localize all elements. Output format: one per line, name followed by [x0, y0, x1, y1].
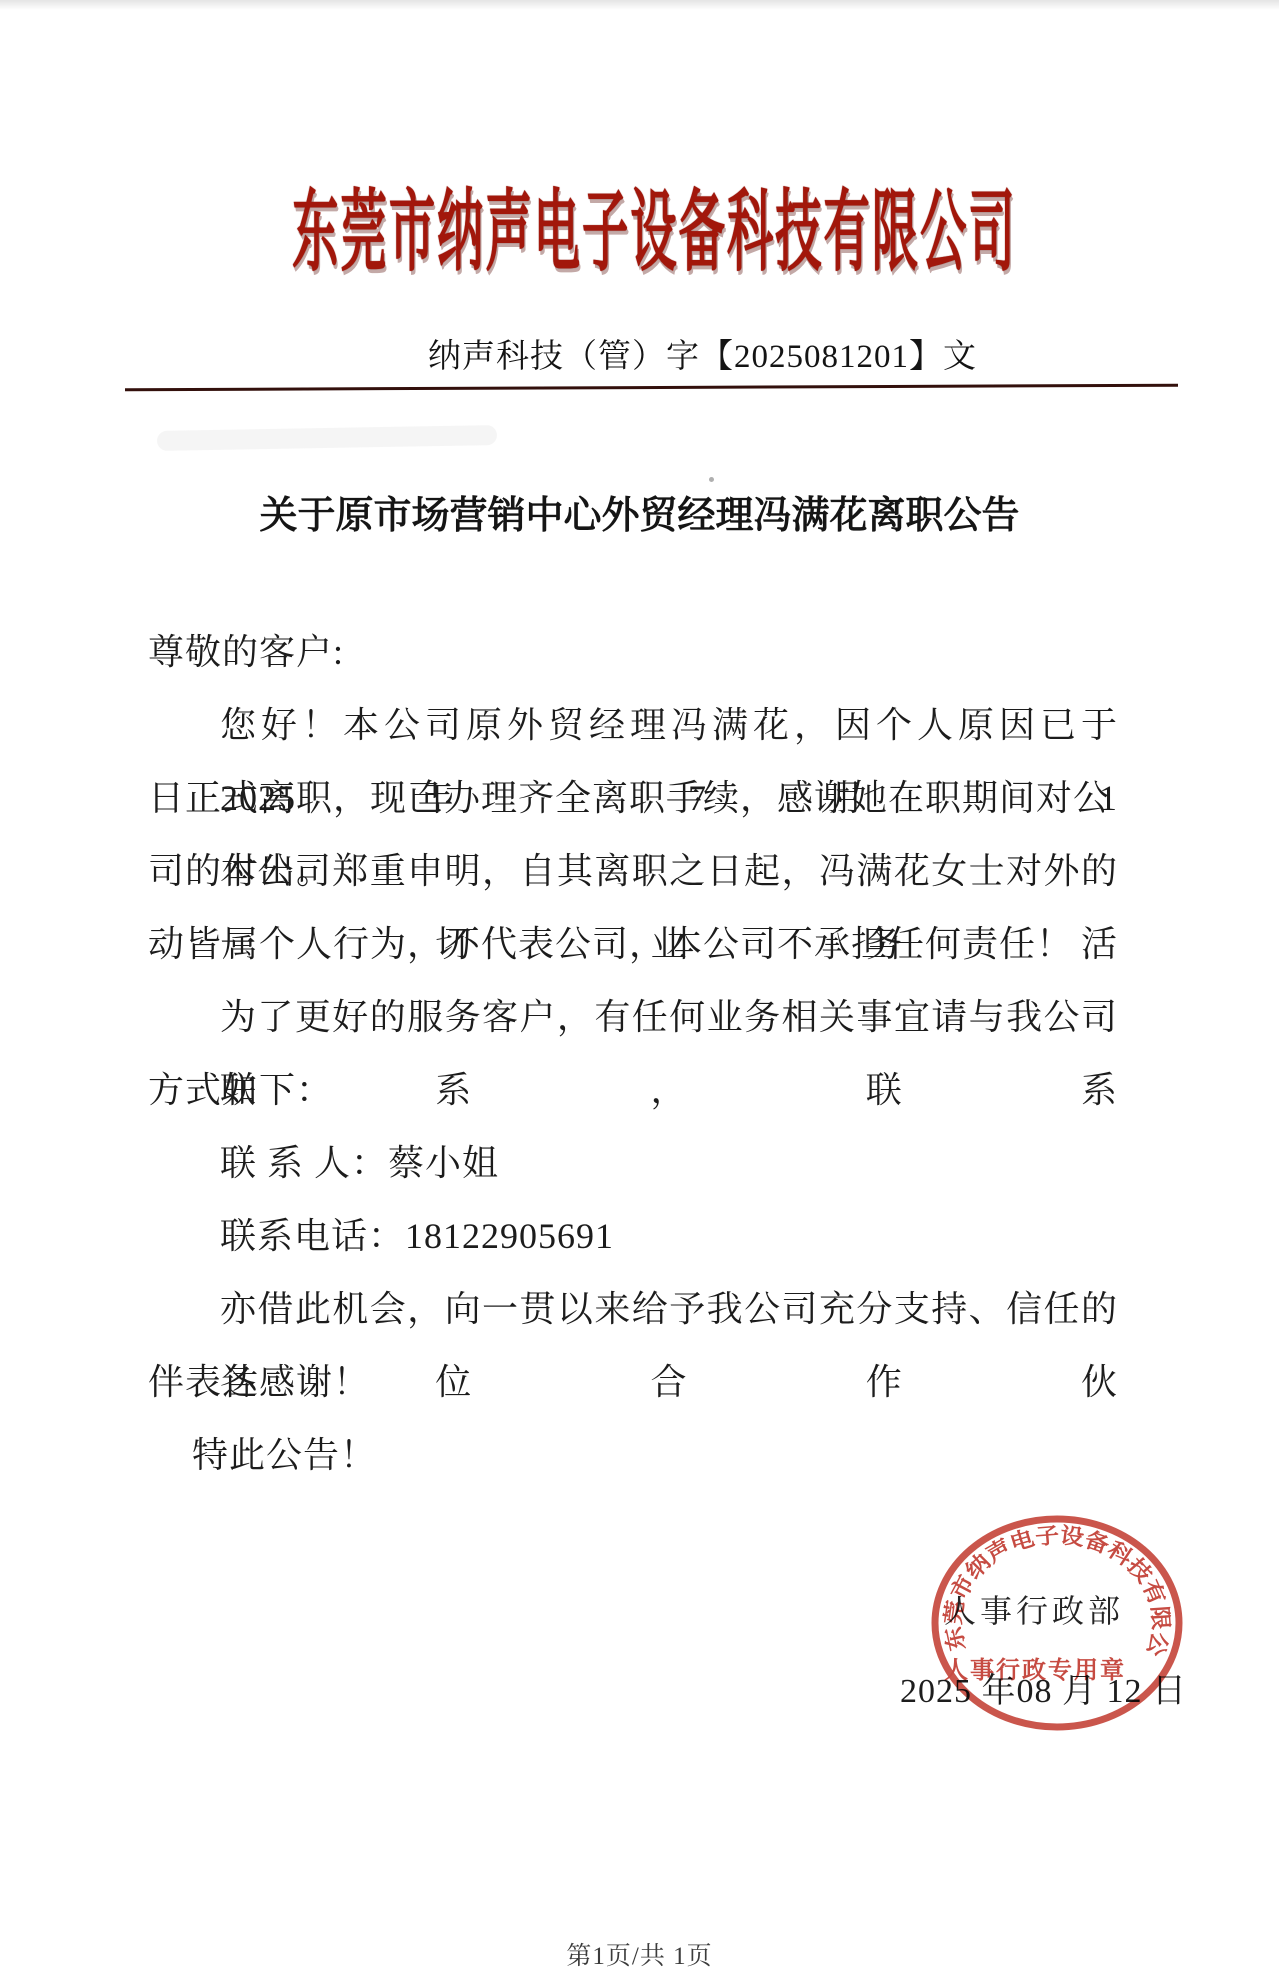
contact-person-line: 联 系 人：蔡小姐	[148, 1127, 1118, 1200]
body-line: 为了更好的服务客户，有任何业务相关事宜请与我公司联系，联系	[148, 981, 1118, 1054]
scan-smudge-artifact	[157, 425, 497, 451]
body-line: 亦借此机会，向一贯以来给予我公司充分支持、信任的各位合作伙	[148, 1273, 1118, 1346]
body-line: 动皆属个人行为，不代表公司，本公司不承担任何责任！	[148, 908, 1118, 981]
announcement-title: 关于原市场营销中心外贸经理冯满花离职公告	[0, 484, 1279, 539]
issue-date: 2025 年08 月 12 日	[900, 1663, 1187, 1712]
doc-number: 纳声科技（管）字【2025081201】文	[0, 330, 1279, 377]
header-divider	[125, 384, 1178, 392]
body-line: 日正式离职，现已办理齐全离职手续，感谢她在职期间对公司的付出。	[148, 762, 1118, 835]
scan-edge-artifact	[0, 0, 1279, 10]
contact-phone-line: 联系电话：18122905691	[148, 1200, 1118, 1273]
announcement-body: 尊敬的客户: 您好！本公司原外贸经理冯满花，因个人原因已于 2025 年 7 月…	[148, 616, 1118, 1492]
closing-line: 特此公告！	[148, 1419, 1118, 1492]
body-line: 本公司郑重申明，自其离职之日起，冯满花女士对外的一切业务活	[148, 835, 1118, 908]
page-number: 第1页/共 1页	[0, 1936, 1279, 1972]
company-title-text: 东莞市纳声电子设备科技有限公司	[292, 160, 1017, 288]
body-line: 您好！本公司原外贸经理冯满花，因个人原因已于 2025 年 7 月 1	[148, 689, 1118, 762]
dot-artifact	[709, 477, 714, 482]
salutation: 尊敬的客户:	[148, 616, 1118, 689]
document-page: { "page": { "background": "#ffffff", "fo…	[0, 0, 1279, 1981]
company-title: 东莞市纳声电子设备科技有限公司	[0, 160, 1279, 255]
department-label: 人事行政部	[944, 1586, 1124, 1632]
